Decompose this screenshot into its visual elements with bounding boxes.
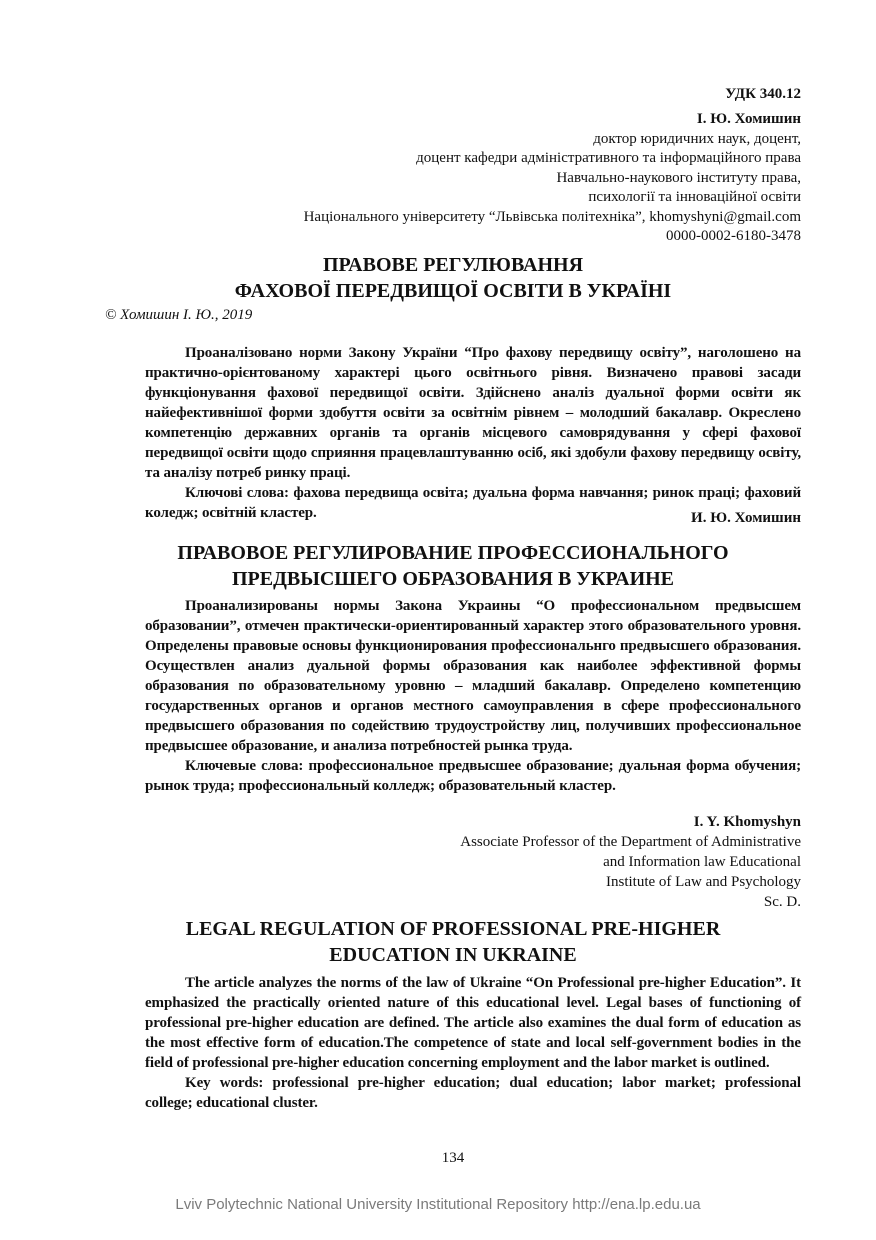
copyright: © Хомишин І. Ю., 2019	[105, 305, 801, 325]
title-line: LEGAL REGULATION OF PROFESSIONAL PRE-HIG…	[105, 916, 801, 942]
abstract-text: Проанализированы нормы Закона Украины “О…	[145, 596, 801, 756]
author-affiliation-line: доктор юридичних наук, доцент,	[105, 130, 801, 150]
author-affiliation-line: психології та інноваційної освіти	[105, 188, 801, 208]
title-line: ФАХОВОЇ ПЕРЕДВИЩОЇ ОСВІТИ В УКРАЇНІ	[105, 278, 801, 304]
author-block-en: I. Y. Khomyshyn Associate Professor of t…	[105, 812, 801, 912]
page-number: 134	[105, 1150, 801, 1167]
author-affiliation-line: and Information law Educational	[105, 852, 801, 872]
abstract-ru: Проанализированы нормы Закона Украины “О…	[145, 596, 801, 796]
title-line: ПРАВОВОЕ РЕГУЛИРОВАНИЕ ПРОФЕССИОНАЛЬНОГО	[105, 540, 801, 566]
title-en: LEGAL REGULATION OF PROFESSIONAL PRE-HIG…	[105, 916, 801, 968]
author-affiliation-line: Associate Professor of the Department of…	[105, 832, 801, 852]
udk-code: УДК 340.12	[105, 84, 801, 104]
title-line: ПРАВОВЕ РЕГУЛЮВАННЯ	[105, 252, 801, 278]
abstract-text: Проаналізовано норми Закону України “Про…	[145, 343, 801, 483]
author-orcid: 0000-0002-6180-3478	[105, 227, 801, 247]
keywords: Key words: professional pre-higher educa…	[145, 1073, 801, 1113]
author-affiliation-line: доцент кафедри адміністративного та інфо…	[105, 149, 801, 169]
author-affiliation-line: Національного університету “Львівська по…	[105, 208, 801, 228]
title-line: EDUCATION IN UKRAINE	[105, 942, 801, 968]
repository-footer: Lviv Polytechnic National University Ins…	[0, 1196, 876, 1213]
paper-page: УДК 340.12 І. Ю. Хомишин доктор юридични…	[0, 0, 876, 1240]
title-line: ПРЕДВЫСШЕГО ОБРАЗОВАНИЯ В УКРАИНЕ	[105, 566, 801, 592]
author-degree: Sc. D.	[105, 892, 801, 912]
abstract-en: The article analyzes the norms of the la…	[145, 973, 801, 1113]
keywords: Ключевые слова: профессиональное предвыс…	[145, 756, 801, 796]
author-block-ua: І. Ю. Хомишин доктор юридичних наук, доц…	[105, 110, 801, 247]
author-name-ua: І. Ю. Хомишин	[105, 110, 801, 130]
abstract-text: The article analyzes the norms of the la…	[145, 973, 801, 1073]
author-affiliation-line: Навчально-наукового інституту права,	[105, 169, 801, 189]
author-name-ru: И. Ю. Хомишин	[105, 510, 801, 527]
author-name-en: I. Y. Khomyshyn	[105, 812, 801, 832]
author-affiliation-line: Institute of Law and Psychology	[105, 872, 801, 892]
title-ru: ПРАВОВОЕ РЕГУЛИРОВАНИЕ ПРОФЕССИОНАЛЬНОГО…	[105, 540, 801, 592]
abstract-ua: Проаналізовано норми Закону України “Про…	[145, 343, 801, 523]
title-ua: ПРАВОВЕ РЕГУЛЮВАННЯ ФАХОВОЇ ПЕРЕДВИЩОЇ О…	[105, 252, 801, 304]
